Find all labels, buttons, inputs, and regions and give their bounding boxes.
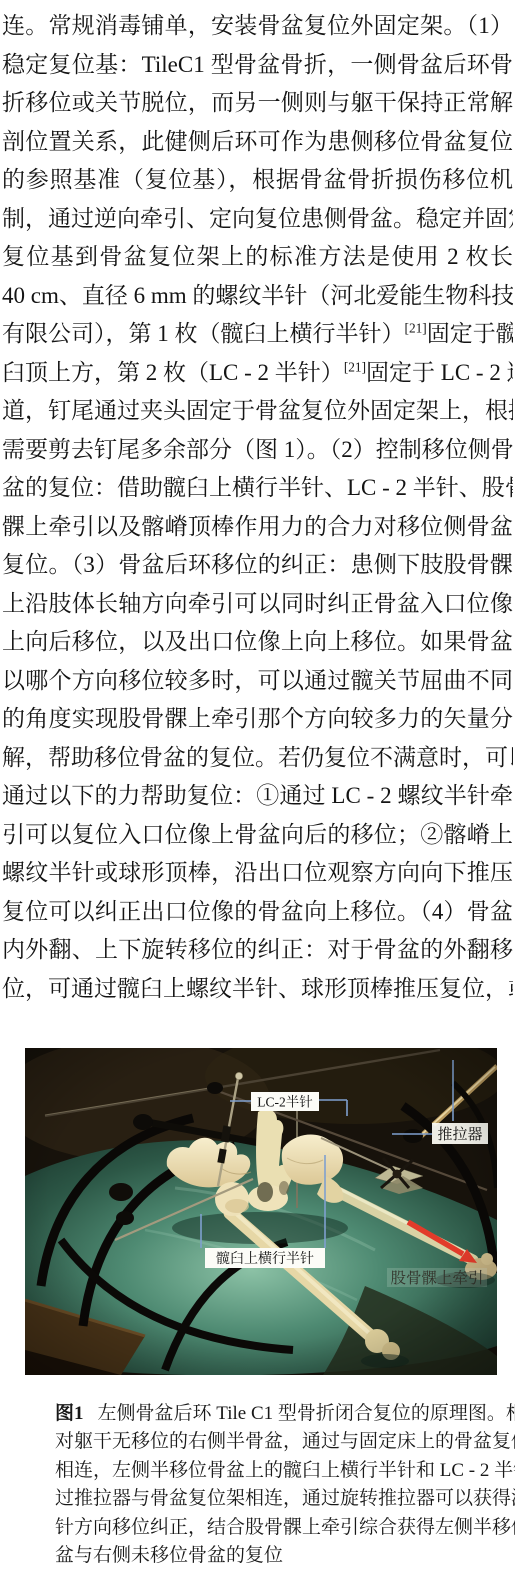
caption-line: 过推拉器与骨盆复位架相连，通过旋转推拉器可以获得沿半 [55,1485,515,1513]
article-line: 臼顶上方，第 2 枚（LC - 2 半针）[21]固定于 LC - 2 通 [2,354,513,393]
article-line: 有限公司），第 1 枚（髋臼上横行半针）[21]固定于髋 [2,315,513,354]
figure-1: LC-2半针 推拉器 髋臼上横行半针 股骨髁上牵引 图1左侧骨盆后环 Tile … [25,1048,497,1570]
article-line: 复位基到骨盆复位架上的标准方法是使用 2 枚长 [2,238,513,277]
article-line: 的角度实现股骨髁上牵引那个方向较多力的矢量分 [2,700,513,739]
figure-photo-illustration: LC-2半针 推拉器 髋臼上横行半针 股骨髁上牵引 [25,1048,497,1375]
article-line: 盆的复位：借助髋臼上横行半针、LC - 2 半针、股骨 [2,469,513,508]
photo-vignette [25,1048,497,1375]
article-line: 制，通过逆向牵引、定向复位患侧骨盆。稳定并固定 [2,200,513,239]
article-line: 复位可以纠正出口位像的骨盆向上移位。（4）骨盆 [2,893,513,932]
caption-line: 图1左侧骨盆后环 Tile C1 型骨折闭合复位的原理图。相 [55,1400,515,1428]
article-line: 复位。（3）骨盆后环移位的纠正：患侧下肢股骨髁 [2,546,513,585]
article-line: 上沿肢体长轴方向牵引可以同时纠正骨盆入口位像 [2,585,513,624]
figure-number: 图1 [55,1403,84,1424]
article-line: 连。常规消毒铺单，安装骨盆复位外固定架。（1） [2,7,513,46]
caption-text: 左侧骨盆后环 Tile C1 型骨折闭合复位的原理图。相 [98,1403,515,1424]
paper-page: 连。常规消毒铺单，安装骨盆复位外固定架。（1） 稳定复位基：TileC1 型骨盆… [0,0,515,1578]
article-line: 通过以下的力帮助复位：①通过 LC - 2 螺纹半针牵 [2,777,513,816]
article-text-column: 连。常规消毒铺单，安装骨盆复位外固定架。（1） 稳定复位基：TileC1 型骨盆… [0,0,515,1008]
caption-line: 盆与右侧未移位骨盆的复位 [55,1542,515,1570]
caption-line: 相连，左侧半移位骨盆上的髋臼上横行半针和 LC - 2 半针通 [55,1457,515,1485]
article-line: 螺纹半针或球形顶棒，沿出口位观察方向向下推压 [2,854,513,893]
figure-photo: LC-2半针 推拉器 髋臼上横行半针 股骨髁上牵引 [25,1048,497,1375]
article-line: 以哪个方向移位较多时，可以通过髋关节屈曲不同 [2,662,513,701]
article-line: 上向后移位，以及出口位像上向上移位。如果骨盆 [2,623,513,662]
article-line: 稳定复位基：TileC1 型骨盆骨折，一侧骨盆后环骨 [2,46,513,85]
article-line: 剖位置关系，此健侧后环可作为患侧移位骨盆复位 [2,123,513,162]
article-line: 引可以复位入口位像上骨盆向后的移位；②髂嵴上 [2,816,513,855]
article-line: 位，可通过髋臼上螺纹半针、球形顶棒推压复位，或 [2,970,513,1009]
figure-caption: 图1左侧骨盆后环 Tile C1 型骨折闭合复位的原理图。相 对躯干无移位的右侧… [55,1400,515,1570]
article-line: 髁上牵引以及髂嵴顶棒作用力的合力对移位侧骨盆 [2,508,513,547]
article-line: 解，帮助移位骨盆的复位。若仍复位不满意时，可以 [2,739,513,778]
caption-line: 针方向移位纠正，结合股骨髁上牵引综合获得左侧半移位骨 [55,1514,515,1542]
article-line: 折移位或关节脱位，而另一侧则与躯干保持正常解 [2,84,513,123]
article-line: 需要剪去钉尾多余部分（图 1）。（2）控制移位侧骨 [2,431,513,470]
article-line: 40 cm、直径 6 mm 的螺纹半针（河北爱能生物科技 [2,277,513,316]
caption-line: 对躯干无移位的右侧半骨盆，通过与固定床上的骨盆复位架 [55,1428,515,1456]
article-line: 道，钉尾通过夹头固定于骨盆复位外固定架上，根据 [2,392,513,431]
article-line: 内外翻、上下旋转移位的纠正：对于骨盆的外翻移 [2,931,513,970]
article-line: 的参照基准（复位基），根据骨盆骨折损伤移位机 [2,161,513,200]
